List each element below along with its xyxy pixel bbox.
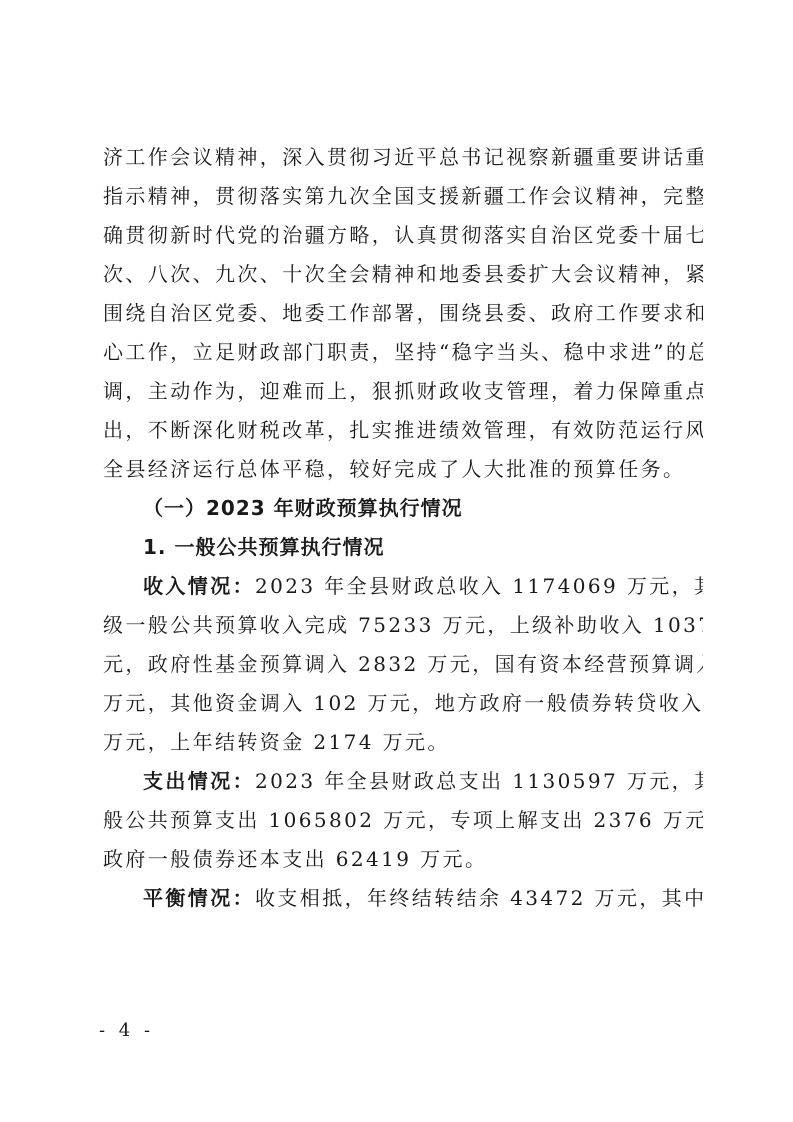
income-paragraph: 收入情况：2023 年全县财政总收入 1174069 万元，其中：本 级一般公共…: [103, 570, 703, 765]
paragraph-line: 心工作，立足财政部门职责，坚持“稳字当头、稳中求进”的总基: [103, 336, 703, 375]
paragraph-line: 支出情况：2023 年全县财政总支出 1130597 万元，其中：一: [103, 765, 703, 804]
paragraph-line: 收入情况：2023 年全县财政总收入 1174069 万元，其中：本: [103, 570, 703, 609]
paragraph-line: 政府一般债券还本支出 62419 万元。: [103, 843, 703, 882]
expenditure-text: 2023 年全县财政总支出 1130597 万元，其中：一: [255, 769, 703, 793]
paragraph-line: 出，不断深化财税改革，扎实推进绩效管理，有效防范运行风险，: [103, 414, 703, 453]
paragraph-line: 全县经济运行总体平稳，较好完成了人大批准的预算任务。: [103, 453, 703, 492]
expenditure-label: 支出情况：: [143, 769, 255, 793]
paragraph-line: 指示精神，贯彻落实第九次全国支援新疆工作会议精神，完整准: [103, 180, 703, 219]
paragraph-line: 万元，上年结转资金 2174 万元。: [103, 726, 703, 765]
intro-paragraph: 济工作会议精神，深入贯彻习近平总书记视察新疆重要讲话重要 指示精神，贯彻落实第九…: [103, 141, 703, 492]
paragraph-line: 围绕自治区党委、地委工作部署，围绕县委、政府工作要求和中: [103, 297, 703, 336]
document-page: 济工作会议精神，深入贯彻习近平总书记视察新疆重要讲话重要 指示精神，贯彻落实第九…: [103, 141, 703, 921]
paragraph-line: 确贯彻新时代党的治疆方略，认真贯彻落实自治区党委十届七: [103, 219, 703, 258]
expenditure-paragraph: 支出情况：2023 年全县财政总支出 1130597 万元，其中：一 般公共预算…: [103, 765, 703, 882]
income-label: 收入情况：: [143, 574, 255, 598]
income-text: 2023 年全县财政总收入 1174069 万元，其中：本: [255, 574, 703, 598]
paragraph-line: 元，政府性基金预算调入 2832 万元，国有资本经营预算调入 1416: [103, 648, 703, 687]
paragraph-line: 般公共预算支出 1065802 万元，专项上解支出 2376 万元，地方: [103, 804, 703, 843]
paragraph-line: 调，主动作为，迎难而上，狠抓财政收支管理，着力保障重点支: [103, 375, 703, 414]
paragraph-line: 万元，其他资金调入 102 万元，地方政府一般债券转贷收入 54608: [103, 687, 703, 726]
balance-label: 平衡情况：: [143, 886, 255, 910]
paragraph-line: 级一般公共预算收入完成 75233 万元，上级补助收入 1037704 万: [103, 609, 703, 648]
balance-paragraph: 平衡情况：收支相抵，年终结转结余 43472 万元，其中：结: [103, 882, 703, 921]
subsection-heading: 1. 一般公共预算执行情况: [103, 531, 703, 570]
balance-text: 收支相抵，年终结转结余 43472 万元，其中：结: [255, 886, 703, 910]
paragraph-line: 济工作会议精神，深入贯彻习近平总书记视察新疆重要讲话重要: [103, 141, 703, 180]
paragraph-line: 平衡情况：收支相抵，年终结转结余 43472 万元，其中：结: [103, 882, 703, 921]
page-number: - 4 -: [99, 1020, 154, 1041]
section-heading: （一）2023 年财政预算执行情况: [103, 492, 703, 531]
paragraph-line: 次、八次、九次、十次全会精神和地委县委扩大会议精神，紧紧: [103, 258, 703, 297]
